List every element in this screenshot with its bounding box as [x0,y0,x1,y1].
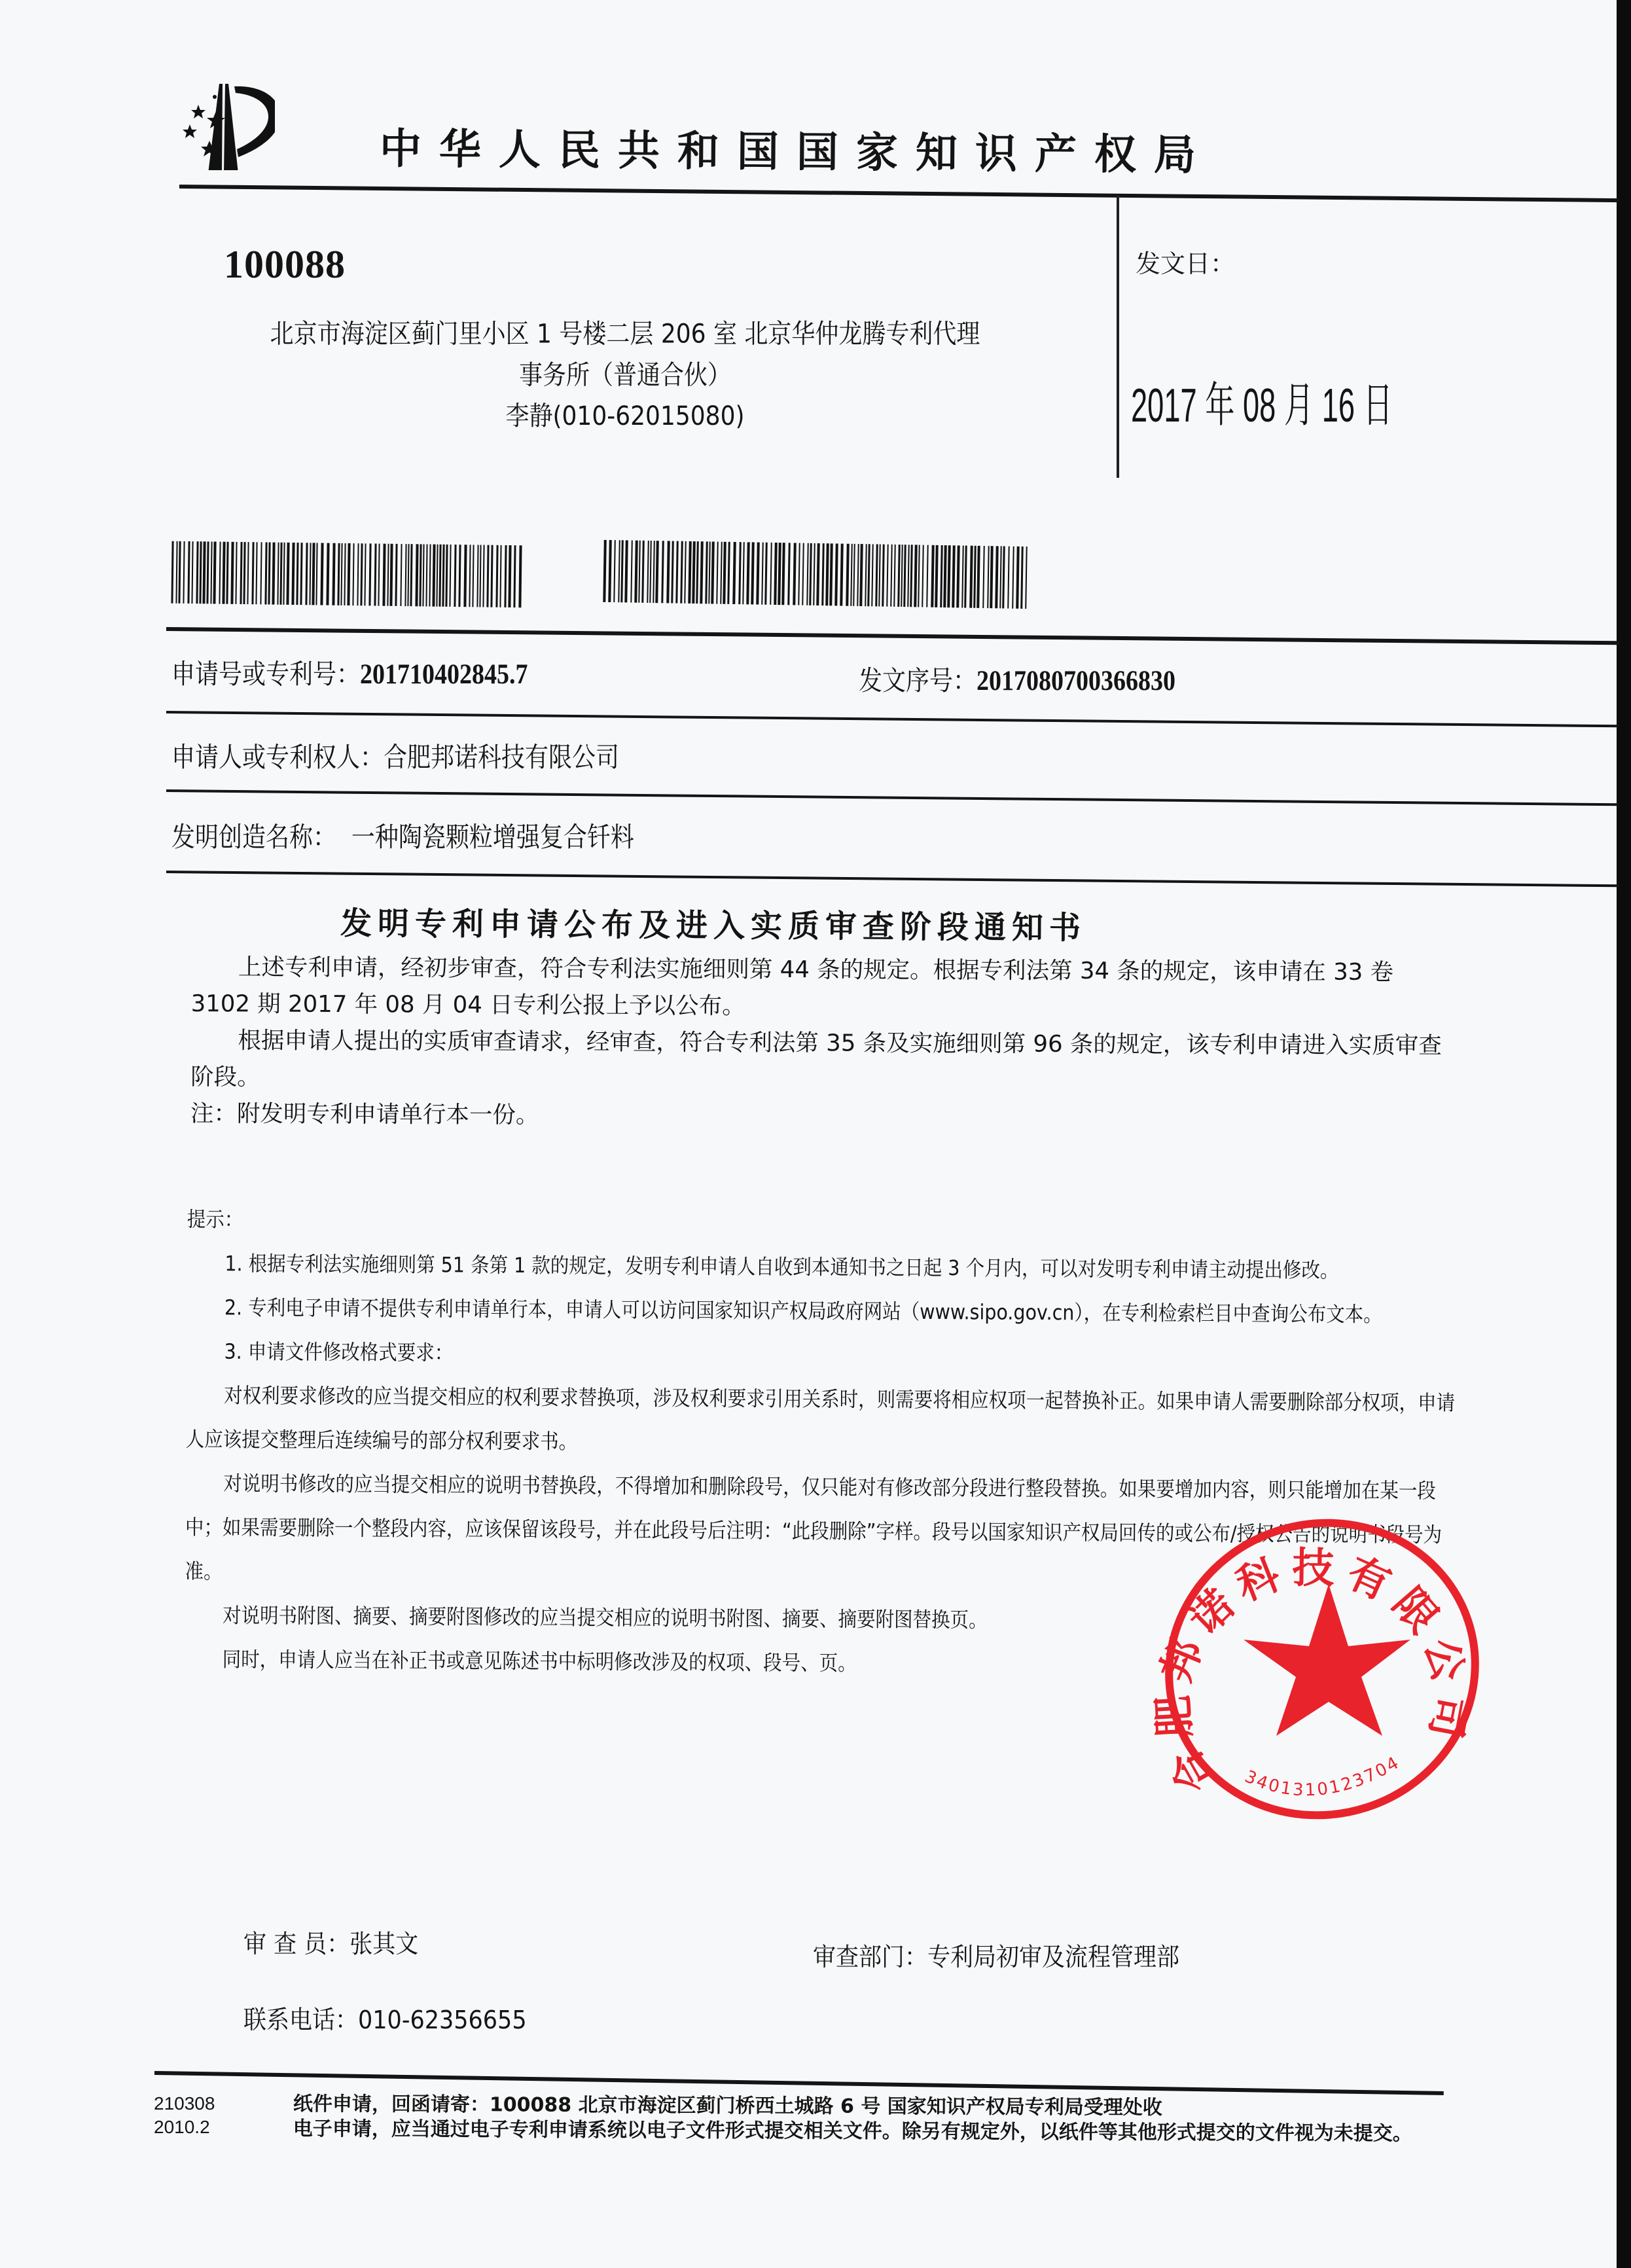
header-divider [1117,195,1119,478]
tip-item: 1. 根据专利法实施细则第 51 条第 1 款的规定，发明专利申请人自收到本通知… [187,1242,1456,1293]
notice-paragraph: 上述专利申请，经初步审查，符合专利法实施细则第 44 条的规定。根据专利法第 3… [191,949,1454,1028]
barcode-rule [166,627,1619,645]
phone-row: 联系电话：010-62356655 [243,2000,527,2036]
examiner-row: 审 查 员：张其文 [243,1924,418,1960]
tip-item: 对权利要求修改的应当提交相应的权利要求替换项，涉及权利要求引用关系时，则需要将相… [186,1374,1456,1469]
form-code-version: 2010.2 [154,2115,215,2139]
barcode-dispatch-number [603,540,1030,609]
tip-item: 3. 申请文件修改格式要求： [186,1330,1456,1382]
dispatch-number: 2017080700366830 [977,665,1175,696]
form-code-number: 210308 [154,2092,215,2115]
invention-title-row: 发明创造名称： 一种陶瓷颗粒增强复合钎料 [171,816,634,855]
row-rule [166,789,1619,806]
barcode-application-number [171,541,524,608]
tip-item: 2. 专利电子申请不提供专利申请单行本，申请人可以访问国家知识产权局政府网站（w… [187,1286,1456,1337]
department-row: 审查部门：专利局初审及流程管理部 [813,1937,1179,1973]
notice-body: 上述专利申请，经初步审查，符合专利法实施细则第 44 条的规定。根据专利法第 3… [190,949,1454,1138]
examiner-label: 审 查 员： [243,1930,349,1959]
applicant-label: 申请人或专利权人： [171,742,384,773]
address-line: 事务所（普通合伙） [196,355,1054,397]
row-rule [166,711,1619,727]
issue-date-label: 发文日： [1136,243,1235,279]
row-rule [166,871,1619,887]
department-name: 专利局初审及流程管理部 [927,1943,1179,1972]
application-number-label: 申请号或专利号： [171,659,360,690]
svg-text:3401310123704: 3401310123704 [1242,1752,1404,1800]
footer-instructions: 纸件申请，回函请寄：100088 北京市海淀区蓟门桥西土城路 6 号 国家知识产… [293,2092,1491,2147]
dispatch-number-label: 发文序号： [859,666,977,696]
issue-date-value: 2017 年 08 月 16 日 [1131,367,1393,435]
department-label: 审查部门： [813,1943,927,1972]
application-number: 201710402845.7 [360,658,528,690]
dispatch-number-row: 发文序号：2017080700366830 [859,660,1175,698]
examiner-name: 张其文 [349,1930,418,1959]
recipient-postcode: 100088 [224,242,346,287]
invention-title: 一种陶瓷颗粒增强复合钎料 [351,822,634,853]
notice-paragraph: 根据申请人提出的实质审查请求，经审查，符合专利法第 35 条及实施细则第 96 … [190,1022,1454,1101]
address-line: 北京市海淀区蓟门里小区 1 号楼二层 206 室 北京华仲龙腾专利代理 [196,314,1054,355]
scan-edge-strip [1617,0,1631,2268]
phone-number: 010-62356655 [358,2006,527,2035]
form-code: 210308 2010.2 [154,2092,215,2139]
footer-line: 电子申请，应当通过电子专利申请系统以电子文件形式提交相关文件。除另有规定外，以纸… [293,2117,1491,2147]
applicant-name: 合肥邦诺科技有限公司 [384,742,619,773]
invention-title-label: 发明创造名称： [171,822,336,853]
notice-note: 注：附发明专利申请单行本一份。 [190,1096,1454,1138]
tips-heading: 提示： [187,1198,1457,1250]
recipient-address: 北京市海淀区蓟门里小区 1 号楼二层 206 室 北京华仲龙腾专利代理 事务所（… [196,314,1054,437]
agency-title: 中华人民共和国国家知识产权局 [380,115,1214,182]
notice-title: 发明专利申请公布及进入实质审查阶段通知书 [340,898,1086,948]
header-rule [179,185,1619,202]
sipo-emblem-icon [157,79,275,170]
company-seal-star-icon: 合肥邦诺科技有限公司 3401310123704 [1152,1505,1492,1826]
address-line: 李静(010-62015080) [196,396,1054,437]
phone-label: 联系电话： [243,2006,358,2035]
application-number-row: 申请号或专利号：201710402845.7 [171,653,528,692]
applicant-row: 申请人或专利权人：合肥邦诺科技有限公司 [171,736,619,775]
